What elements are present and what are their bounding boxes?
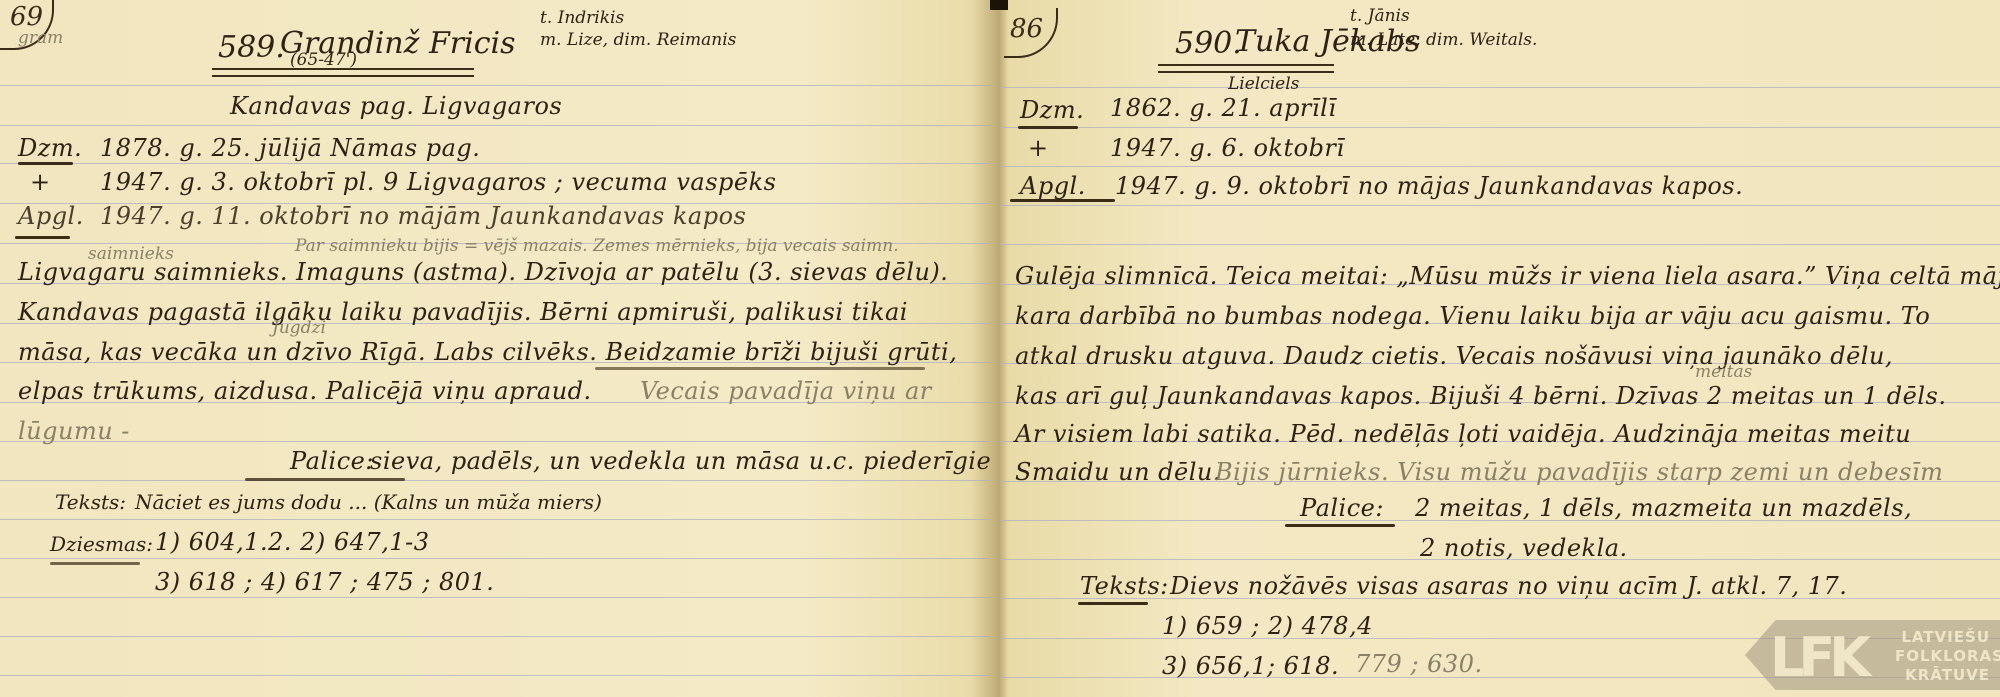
died-date: 1947. g. 3. oktobrī pl. 9 Ligvagaros ; v…: [100, 168, 776, 196]
pencil-note: Bijis jūrnieks. Visu mūžu pavadījis star…: [1215, 458, 1943, 486]
name-underline: [212, 68, 474, 77]
buried-label: Apgl.: [18, 202, 84, 230]
hymns-label: Dziesmas:: [50, 532, 153, 556]
label-underline: [15, 236, 70, 239]
body-line: Smaidu un dēlu.: [1015, 458, 1221, 486]
buried-date: 1947. g. 11. oktobrī no mājām Jaunkandav…: [100, 202, 746, 230]
left-page: 69 gram 589. Grandinž Fricis (65-47') t.…: [0, 0, 990, 697]
body-line: kas arī guļ Jaunkandavas kapos. Bijuši 4…: [1015, 382, 1946, 410]
text-label: Teksts:: [1080, 572, 1169, 600]
watermark-line: LATVIEŠU: [1895, 628, 1990, 646]
survivors-label: Palice:: [290, 447, 374, 475]
hymns-line: 3) 618 ; 4) 617 ; 475 ; 801.: [155, 568, 494, 596]
born-label: Dzm.: [18, 134, 82, 162]
born-date: 1862. g. 21. aprīlī: [1110, 94, 1336, 122]
watermark-line: KRĀTUVE: [1895, 666, 1990, 684]
emphasis-underline: [595, 367, 925, 370]
body-line: māsa, kas vecāka un dzīvo Rīgā. Labs cil…: [18, 338, 957, 366]
parents-mother: m. Late, dim. Weitals.: [1350, 30, 1537, 50]
pencil-note: meitas: [1695, 362, 1752, 382]
label-underline: [1285, 524, 1395, 527]
entry-number: 590.: [1175, 26, 1242, 61]
label-underline: [50, 562, 140, 565]
died-label: +: [30, 168, 51, 196]
hymns-line: 1) 659 ; 2) 478,4: [1162, 612, 1373, 640]
entry-number: 589.: [218, 30, 285, 65]
body-line: Ar visiem labi satika. Pēd. nedēļās ļoti…: [1015, 420, 1911, 448]
parents-father: t. Indrikis: [540, 8, 624, 28]
label-underline: [245, 478, 405, 481]
archive-logo-icon: LFK: [1770, 626, 1865, 689]
location: Kandavas pag. Ligvagaros: [230, 92, 562, 120]
age-note: (65-47'): [290, 50, 357, 70]
pencil-note: Vecais pavadīja viņu ar: [640, 377, 932, 405]
body-line: elpas trūkums, aizdusa. Palicējā viņu ap…: [18, 377, 592, 405]
margin-note: gram: [18, 28, 63, 48]
died-date: 1947. g. 6. oktobrī: [1110, 134, 1345, 162]
label-underline: [18, 162, 73, 165]
pencil-note: Jugdzi: [272, 318, 326, 338]
label-underline: [1010, 199, 1115, 202]
label-underline: [1078, 602, 1148, 605]
hymns-line: 1) 604,1.2. 2) 647,1-3: [155, 528, 429, 556]
body-line: atkal drusku atguva. Daudz cietis. Vecai…: [1015, 342, 1893, 370]
body-line: Kandavas pagastā ilgāku laiku pavadījis.…: [18, 298, 908, 326]
survivors-label: Palice:: [1300, 494, 1384, 522]
pencil-note: Par saimnieku bijis = vējš mazais. Zemes…: [295, 236, 899, 256]
parents-father: t. Jānis: [1350, 6, 1410, 26]
body-line: Ligvagaru saimnieks. Imaguns (astma). Dz…: [18, 258, 948, 286]
notebook-spread: 69 gram 589. Grandinž Fricis (65-47') t.…: [0, 0, 2000, 697]
hymns-line: 3) 656,1; 618.: [1162, 652, 1339, 680]
name-underline: [1158, 64, 1334, 73]
label-underline: [1018, 126, 1078, 129]
parents-mother: m. Lize, dim. Reimanis: [540, 30, 736, 50]
born-label: Dzm.: [1020, 96, 1084, 124]
text-label: Teksts:: [55, 490, 126, 514]
right-page: 86 590. Tuka Jēkabs t. Jānis m. Late, di…: [1000, 0, 2000, 697]
born-date: 1878. g. 25. jūlijā Nāmas pag.: [100, 134, 480, 162]
page-number-circle: [1004, 8, 1058, 58]
body-line: Gulēja slimnīcā. Teica meitai: „Mūsu mūž…: [1015, 262, 2000, 290]
location: Lielciels: [1228, 74, 1299, 94]
sermon-text: Dievs nožāvēs visas asaras no viņu acīm …: [1170, 572, 1847, 600]
watermark-line: FOLKLORAS: [1895, 647, 1990, 665]
pencil-note: lūgumu -: [18, 417, 130, 445]
died-label: +: [1028, 134, 1049, 162]
buried-date: 1947. g. 9. oktobrī no mājas Jaunkandava…: [1115, 172, 1743, 200]
survivors: sieva, padēls, un vedekla un māsa u.c. p…: [370, 447, 990, 475]
body-line: kara darbībā no bumbas nodega. Vienu lai…: [1015, 302, 1930, 330]
hymns-pencil: 779 ; 630.: [1355, 650, 1483, 678]
survivors: 2 meitas, 1 dēls, mazmeita un mazdēls,: [1415, 494, 1912, 522]
sermon-text: Nāciet es jums dodu ... (Kalns un mūža m…: [135, 490, 602, 514]
buried-label: Apgl.: [1020, 172, 1086, 200]
survivors: 2 notis, vedekla.: [1420, 534, 1628, 562]
